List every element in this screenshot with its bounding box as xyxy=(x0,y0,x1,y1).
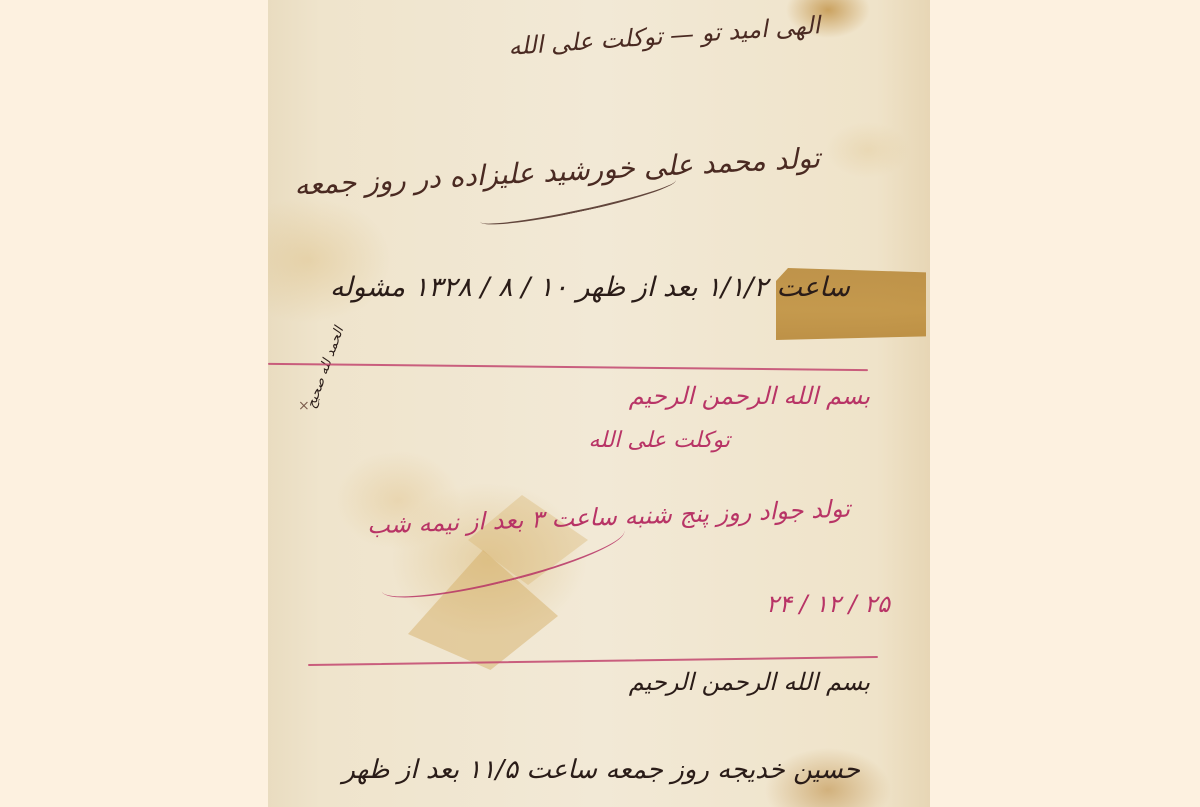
basmala-line: بسم الله الرحمن الرحیم xyxy=(629,668,870,696)
divider-rule xyxy=(268,363,868,371)
divider-rule xyxy=(308,656,878,666)
birth-record-line: حسین خدیجه روز جمعه ساعت ۱۱/۵ بعد از ظهر xyxy=(342,755,860,785)
manuscript-page: الهی امید تو — توکلت علی الله تولد محمد … xyxy=(268,0,930,807)
cross-mark: × xyxy=(298,398,310,414)
birth-date-line: ساعت ۱/۱/۲ بعد از ظهر ۱۰ / ۸ / ۱۳۲۸ مشول… xyxy=(330,272,850,303)
birth-date-line: ۲۵ / ۱۲ / ۲۴ xyxy=(766,590,890,618)
birth-record-line: تولد محمد علی خورشید علیزاده در روز جمعه xyxy=(293,141,820,202)
margin-note: الحمد لله صحیح xyxy=(304,325,347,411)
invocation-line: الهی امید تو — توکلت علی الله xyxy=(507,11,821,61)
invocation-line: توکلت علی الله xyxy=(589,428,730,453)
basmala-line: بسم الله الرحمن الرحیم xyxy=(629,382,870,410)
